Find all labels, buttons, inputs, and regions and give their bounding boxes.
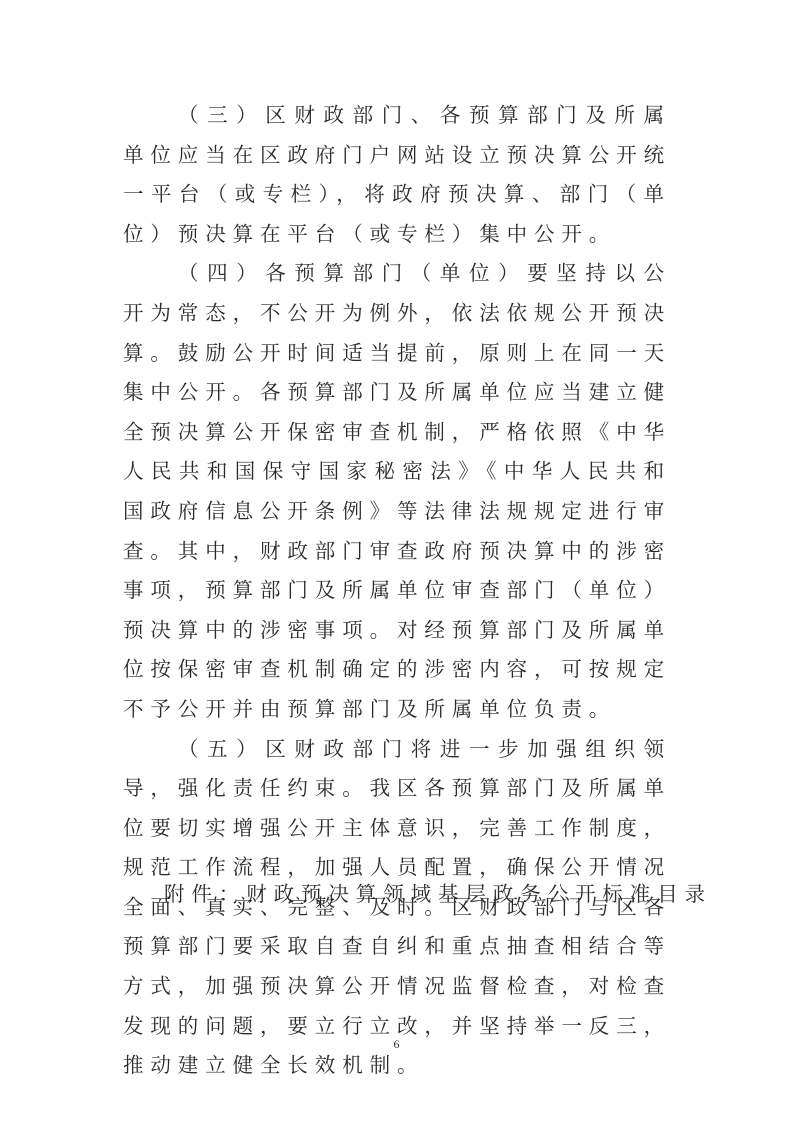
paragraph-section-3: （三）区财政部门、各预算部门及所属单位应当在区政府门户网站设立预决算公开统一平台… [123, 96, 671, 254]
document-page: （三）区财政部门、各预算部门及所属单位应当在区政府门户网站设立预决算公开统一平台… [0, 0, 793, 1122]
paragraph-section-4: （四）各预算部门（单位）要坚持以公开为常态，不公开为例外，依法依规公开预决算。鼓… [123, 254, 671, 729]
attachment-note: 附件：财政预决算领域基层政务公开标准目录 [164, 876, 712, 912]
document-body: （三）区财政部门、各预算部门及所属单位应当在区政府门户网站设立预决算公开统一平台… [123, 96, 671, 1086]
page-number: 6 [0, 1037, 793, 1052]
